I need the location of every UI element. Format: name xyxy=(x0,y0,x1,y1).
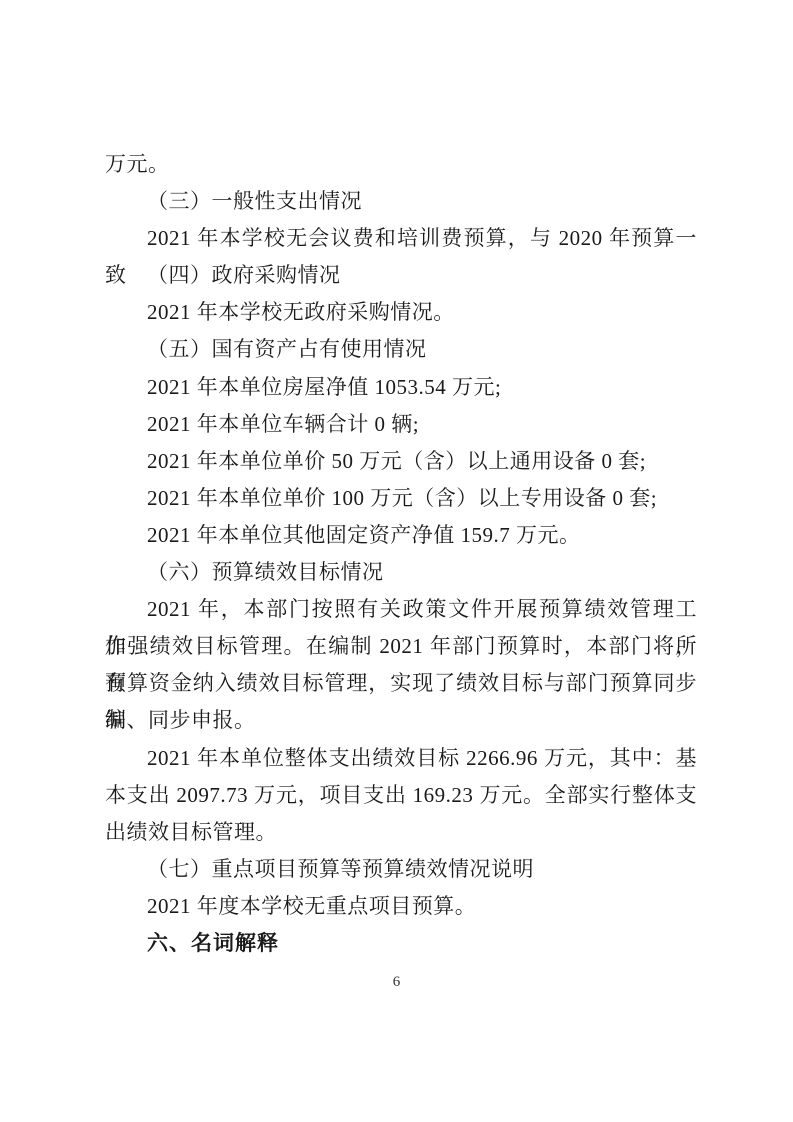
para-tail-wanyuan: 万元。 xyxy=(105,146,697,183)
para-general-equipment: 2021 年本单位单价 50 万元（含）以上通用设备 0 套; xyxy=(105,443,697,480)
para-performance-mgmt-line-3: 预算资金纳入绩效目标管理，实现了绩效目标与部门预算同步编 xyxy=(105,665,697,702)
para-special-equipment: 2021 年本单位单价 100 万元（含）以上专用设备 0 套; xyxy=(105,480,697,517)
para-overall-performance-line-1: 2021 年本单位整体支出绩效目标 2266.96 万元，其中：基 xyxy=(105,740,697,777)
para-no-key-projects: 2021 年度本学校无重点项目预算。 xyxy=(105,888,697,925)
para-gov-procurement: 2021 年本学校无政府采购情况。 xyxy=(105,294,697,331)
subsection-5-heading: （五）国有资产占有使用情况 xyxy=(105,331,697,368)
para-vehicles-total: 2021 年本单位车辆合计 0 辆; xyxy=(105,406,697,443)
para-overall-performance-line-3: 出绩效目标管理。 xyxy=(105,814,697,851)
para-performance-mgmt-line-1: 2021 年，本部门按照有关政策文件开展预算绩效管理工作， xyxy=(105,591,697,628)
section-6-glossary-heading: 六、名词解释 xyxy=(105,925,697,962)
para-performance-mgmt-line-2: 加强绩效目标管理。在编制 2021 年部门预算时，本部门将所有 xyxy=(105,628,697,665)
para-performance-mgmt-line-4: 制、同步申报。 xyxy=(105,702,697,739)
subsection-7-heading: （七）重点项目预算等预算绩效情况说明 xyxy=(105,851,697,888)
page-number: 6 xyxy=(0,974,793,991)
subsection-6-heading: （六）预算绩效目标情况 xyxy=(105,554,697,591)
document-page: 万元。 （三）一般性支出情况 2021 年本学校无会议费和培训费预算，与 202… xyxy=(0,0,793,1122)
subsection-3-heading: （三）一般性支出情况 xyxy=(105,183,697,220)
document-body: 万元。 （三）一般性支出情况 2021 年本学校无会议费和培训费预算，与 202… xyxy=(105,146,697,962)
para-meeting-training-budget: 2021 年本学校无会议费和培训费预算，与 2020 年预算一致 xyxy=(105,220,697,257)
para-other-fixed-assets: 2021 年本单位其他固定资产净值 159.7 万元。 xyxy=(105,517,697,554)
para-housing-net-value: 2021 年本单位房屋净值 1053.54 万元; xyxy=(105,369,697,406)
para-overall-performance-line-2: 本支出 2097.73 万元，项目支出 169.23 万元。全部实行整体支 xyxy=(105,777,697,814)
subsection-4-heading: （四）政府采购情况 xyxy=(105,257,697,294)
